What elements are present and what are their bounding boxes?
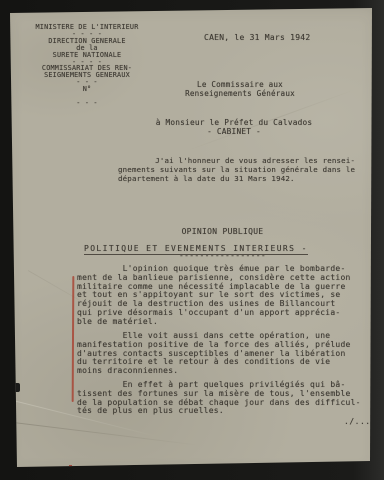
letterhead: MINISTERE DE L'INTERIEUR- - - -DIRECTION… (28, 24, 146, 107)
text-line: tés de plus en plus cruelles. (77, 407, 361, 416)
continuation-mark: ./... (344, 417, 371, 426)
section-title: OPINION PUBLIQUE (85, 228, 360, 236)
text-line: département à la date du 31 Mars 1942. (118, 175, 355, 184)
text-line: - CABINET - (148, 128, 320, 137)
text-line: Renseignements Généraux (172, 90, 308, 99)
text-line: - - - (28, 100, 146, 107)
hole-punch-mark (11, 383, 20, 392)
paragraph-1: L'opinion quoique très émue par le bomba… (77, 265, 351, 327)
archive-reference: B. N. 4M n 163. 1 (9, 331, 14, 383)
intro-paragraph: J'ai l'honneur de vous adresser les rens… (118, 157, 355, 183)
subsection-heading: POLITIQUE ET EVENEMENTS INTERIEURS - (84, 244, 308, 255)
paragraph-3: En effet à part quelques privilégiés qui… (77, 381, 361, 416)
red-edge-mark (69, 465, 72, 470)
dateline: CAEN, le 31 Mars 1942 (204, 33, 310, 42)
sender-block: Le Commissaire auxRenseignements Générau… (172, 81, 308, 98)
paragraph-2: Elle voit aussi dans cette opération, un… (77, 332, 351, 376)
document-page: MINISTERE DE L'INTERIEUR- - - -DIRECTION… (0, 0, 384, 480)
recipient-block: à Monsieur le Préfet du Calvados- CABINE… (148, 119, 320, 137)
text-line: ble de matériel. (77, 318, 351, 327)
text-line: moins draconniennes. (77, 367, 351, 376)
text-line: N° (28, 86, 146, 93)
margin-emphasis-line (72, 276, 74, 402)
scan-background: MINISTERE DE L'INTERIEUR- - - -DIRECTION… (0, 0, 384, 480)
paper-crease (0, 419, 199, 446)
